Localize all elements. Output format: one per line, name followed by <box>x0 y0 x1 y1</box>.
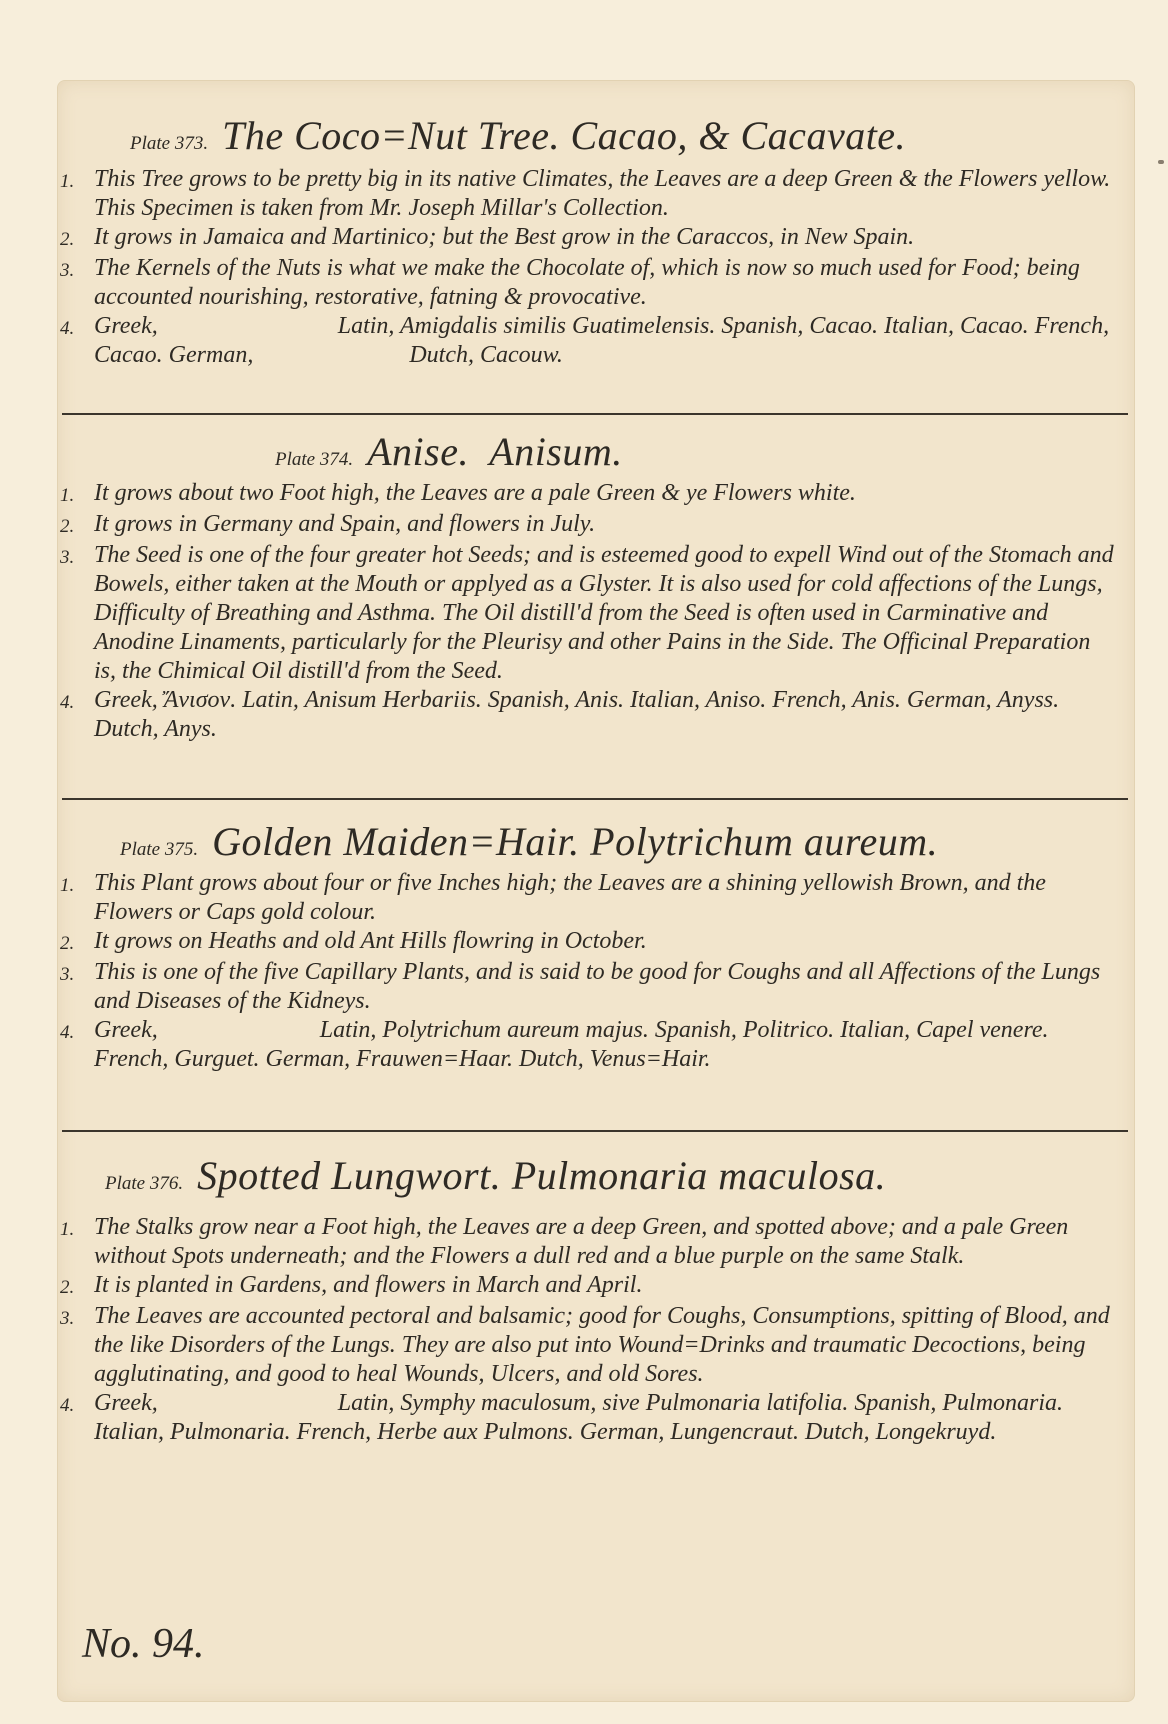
list-item: 2.It grows in Jamaica and Martinico; but… <box>60 223 1130 254</box>
item-text: The Kernels of the Nuts is what we make … <box>94 254 1130 312</box>
item-number: 1. <box>60 869 94 927</box>
plate-title: The Coco=Nut Tree. Cacao, & Cacavate. <box>222 113 906 158</box>
plate-number: Plate 373. <box>130 133 208 154</box>
plate-373-items: 1.This Tree grows to be pretty big in it… <box>60 165 1130 370</box>
item-number: 3. <box>60 958 94 1016</box>
plate-title: Anise. Anisum. <box>367 429 623 474</box>
list-item: 3.The Kernels of the Nuts is what we mak… <box>60 254 1130 312</box>
item-number: 4. <box>60 1389 94 1447</box>
item-number: 2. <box>60 223 94 254</box>
plate-374-section: Plate 374. Anise. Anisum. 1.It grows abo… <box>60 428 1130 744</box>
list-item: 4.Greek, Latin, Symphy maculosum, sive P… <box>60 1389 1130 1447</box>
item-text: This Plant grows about four or five Inch… <box>94 869 1130 927</box>
paper-speck <box>1158 160 1164 164</box>
list-item: 4.Greek, Latin, Amigdalis similis Guatim… <box>60 312 1130 370</box>
list-item: 1.It grows about two Foot high, the Leav… <box>60 479 1130 510</box>
plate-375-items: 1.This Plant grows about four or five In… <box>60 869 1130 1074</box>
item-number: 4. <box>60 312 94 370</box>
list-item: 2.It grows in Germany and Spain, and flo… <box>60 510 1130 541</box>
list-item: 3.This is one of the five Capillary Plan… <box>60 958 1130 1016</box>
item-number: 4. <box>60 1016 94 1074</box>
plate-number: Plate 374. <box>275 449 353 470</box>
section-divider <box>62 798 1128 800</box>
item-text: Greek, Latin, Polytrichum aureum majus. … <box>94 1016 1130 1074</box>
plate-376-items: 1.The Stalks grow near a Foot high, the … <box>60 1213 1130 1447</box>
item-text: Greek, Latin, Amigdalis similis Guatimel… <box>94 312 1130 370</box>
item-number: 2. <box>60 510 94 541</box>
item-number: 3. <box>60 254 94 312</box>
item-text: It grows about two Foot high, the Leaves… <box>94 479 1130 510</box>
item-text: It grows in Germany and Spain, and flowe… <box>94 510 1130 541</box>
section-divider <box>62 1130 1128 1132</box>
list-item: 4.Greek, Latin, Polytrichum aureum majus… <box>60 1016 1130 1074</box>
list-item: 3.The Leaves are accounted pectoral and … <box>60 1302 1130 1389</box>
item-text: Greek, Ἄνισον. Latin, Anisum Herbariis. … <box>94 686 1130 744</box>
item-text: This is one of the five Capillary Plants… <box>94 958 1130 1016</box>
plate-375-heading: Plate 375. Golden Maiden=Hair. Polytrich… <box>60 818 1130 865</box>
item-number: 1. <box>60 479 94 510</box>
item-number: 3. <box>60 1302 94 1389</box>
item-number: 2. <box>60 927 94 958</box>
plate-373-heading: Plate 373. The Coco=Nut Tree. Cacao, & C… <box>60 112 1130 159</box>
plate-376-heading: Plate 376. Spotted Lungwort. Pulmonaria … <box>60 1152 1130 1199</box>
plate-title: Spotted Lungwort. Pulmonaria maculosa. <box>197 1153 886 1198</box>
plate-number: Plate 376. <box>105 1173 183 1194</box>
list-item: 1.This Tree grows to be pretty big in it… <box>60 165 1130 223</box>
item-text: The Seed is one of the four greater hot … <box>94 541 1130 686</box>
list-item: 1.The Stalks grow near a Foot high, the … <box>60 1213 1130 1271</box>
list-item: 1.This Plant grows about four or five In… <box>60 869 1130 927</box>
item-number: 1. <box>60 165 94 223</box>
item-text: The Leaves are accounted pectoral and ba… <box>94 1302 1130 1389</box>
list-item: 2.It grows on Heaths and old Ant Hills f… <box>60 927 1130 958</box>
item-text: It grows in Jamaica and Martinico; but t… <box>94 223 1130 254</box>
item-text: The Stalks grow near a Foot high, the Le… <box>94 1213 1130 1271</box>
plate-title: Golden Maiden=Hair. Polytrichum aureum. <box>212 819 938 864</box>
list-item: 4.Greek, Ἄνισον. Latin, Anisum Herbariis… <box>60 686 1130 744</box>
plate-373-section: Plate 373. The Coco=Nut Tree. Cacao, & C… <box>60 112 1130 370</box>
item-number: 3. <box>60 541 94 686</box>
list-item: 3.The Seed is one of the four greater ho… <box>60 541 1130 686</box>
plate-374-items: 1.It grows about two Foot high, the Leav… <box>60 479 1130 744</box>
item-number: 2. <box>60 1271 94 1302</box>
item-text: It grows on Heaths and old Ant Hills flo… <box>94 927 1130 958</box>
section-divider <box>62 413 1128 415</box>
item-number: 1. <box>60 1213 94 1271</box>
item-number: 4. <box>60 686 94 744</box>
plate-376-section: Plate 376. Spotted Lungwort. Pulmonaria … <box>60 1152 1130 1447</box>
item-text: Greek, Latin, Symphy maculosum, sive Pul… <box>94 1389 1130 1447</box>
item-text: This Tree grows to be pretty big in its … <box>94 165 1130 223</box>
plate-number: Plate 375. <box>120 839 198 860</box>
page-number: No. 94. <box>82 1620 205 1668</box>
plate-374-heading: Plate 374. Anise. Anisum. <box>60 428 1130 475</box>
plate-375-section: Plate 375. Golden Maiden=Hair. Polytrich… <box>60 818 1130 1074</box>
item-text: It is planted in Gardens, and flowers in… <box>94 1271 1130 1302</box>
list-item: 2.It is planted in Gardens, and flowers … <box>60 1271 1130 1302</box>
